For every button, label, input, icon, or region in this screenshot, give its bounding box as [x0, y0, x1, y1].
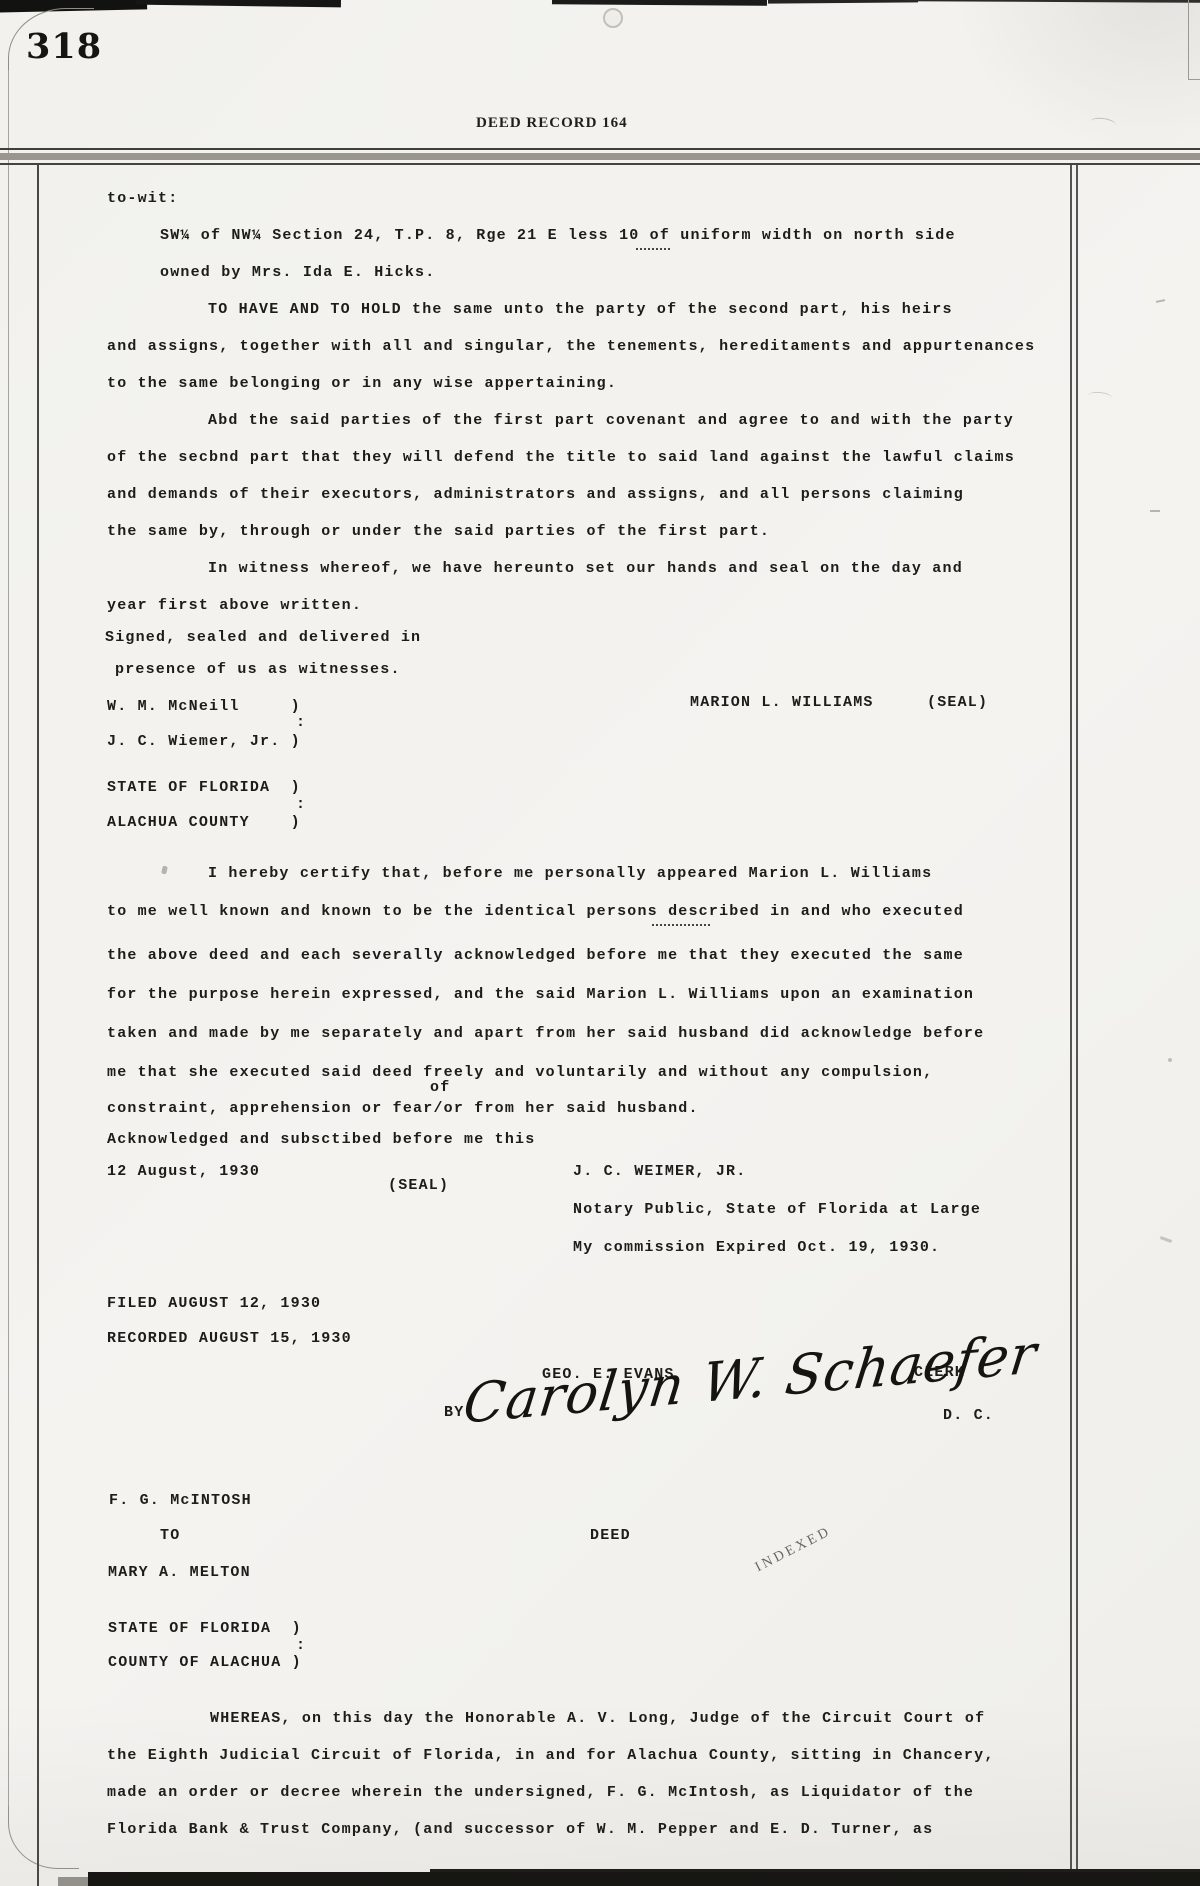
- deed-text-line: owned by Mrs. Ida E. Hicks.: [160, 264, 435, 281]
- deed-text-line: to-wit:: [107, 190, 178, 207]
- ack-text-line: to me well known and known to be the ide…: [107, 903, 964, 920]
- scan-artifact: [58, 1877, 88, 1886]
- notary-seal-label: (SEAL): [388, 1177, 449, 1194]
- deed-text-line: the Eighth Judicial Circuit of Florida, …: [107, 1747, 995, 1764]
- scan-artifact: [136, 0, 341, 7]
- page-corner-curve: [8, 1806, 79, 1869]
- deed2-grantor: F. G. McINTOSH: [109, 1492, 252, 1509]
- scan-artifact: [88, 1872, 1200, 1886]
- page-header-title: DEED RECORD 164: [476, 115, 628, 132]
- left-margin-rule: [37, 165, 39, 1886]
- notary-title: Notary Public, State of Florida at Large: [573, 1201, 981, 1218]
- scan-artifact: [768, 0, 918, 4]
- venue-county: COUNTY OF ALACHUA ): [108, 1654, 302, 1671]
- deed-text-line: of the secbnd part that they will defend…: [107, 449, 1015, 466]
- right-margin-rule: [1070, 165, 1072, 1886]
- strike-dots: [636, 246, 670, 250]
- deed-text-line: In witness whereof, we have hereunto set…: [208, 560, 963, 577]
- notary-commission: My commission Expired Oct. 19, 1930.: [573, 1239, 940, 1256]
- deputy-clerk-label: D. C.: [943, 1407, 994, 1424]
- deed-text-line: TO HAVE AND TO HOLD the same unto the pa…: [208, 301, 953, 318]
- deed-text-line: and assigns, together with all and singu…: [107, 338, 1035, 355]
- brace-colon: :: [296, 714, 306, 731]
- page-edge-line: [1188, 79, 1200, 80]
- indexed-stamp: INDEXED: [753, 1524, 834, 1576]
- recorded-date: RECORDED AUGUST 15, 1930: [107, 1330, 352, 1347]
- filed-date: FILED AUGUST 12, 1930: [107, 1295, 321, 1312]
- deed2-to-label: TO: [160, 1527, 180, 1544]
- right-margin-rule: [1076, 165, 1078, 1886]
- grantor-signature: MARION L. WILLIAMS: [690, 694, 874, 711]
- ack-text-line: the above deed and each severally acknow…: [107, 947, 964, 964]
- ack-text-line: I hereby certify that, before me persona…: [208, 865, 932, 882]
- venue-state: STATE OF FLORIDA ): [107, 779, 301, 796]
- deed-text-line: WHEREAS, on this day the Honorable A. V.…: [210, 1710, 985, 1727]
- page-edge-line: [1188, 0, 1189, 80]
- margin-mark: [1150, 510, 1160, 512]
- deed-text-line: the same by, through or under the said p…: [107, 523, 770, 540]
- notary-name: J. C. WEIMER, JR.: [573, 1163, 746, 1180]
- ack-text-line: taken and made by me separately and apar…: [107, 1025, 984, 1042]
- ink-speck: [161, 866, 168, 875]
- inserted-word: of: [430, 1079, 450, 1096]
- hole-punch: [603, 8, 623, 28]
- deed-text-line: Abd the said parties of the first part c…: [208, 412, 1014, 429]
- deed-text-line: to the same belonging or in any wise app…: [107, 375, 617, 392]
- margin-mark: [1156, 299, 1165, 303]
- ack-date: 12 August, 1930: [107, 1163, 260, 1180]
- deed-text-line: SW¼ of NW¼ Section 24, T.P. 8, Rge 21 E …: [160, 227, 956, 244]
- grantor-seal-label: (SEAL): [927, 694, 988, 711]
- deed-text-line: Signed, sealed and delivered in: [105, 629, 421, 646]
- header-rule-band: [0, 153, 1200, 160]
- ack-text-line: for the purpose herein expressed, and th…: [107, 986, 974, 1003]
- deed-text-line: presence of us as witnesses.: [115, 661, 401, 678]
- margin-mark: [1168, 1058, 1172, 1062]
- page-edge-line: [8, 70, 9, 1812]
- deed-record-page: 318 DEED RECORD 164 to-wit: SW¼ of NW¼ S…: [0, 0, 1200, 1886]
- ack-text-line: me that she executed said deed freely an…: [107, 1064, 933, 1081]
- deed-text-line: made an order or decree wherein the unde…: [107, 1784, 974, 1801]
- ack-text-line: constraint, apprehension or fear/or from…: [107, 1100, 699, 1117]
- scan-artifact: [552, 0, 767, 6]
- venue-county: ALACHUA COUNTY ): [107, 814, 301, 831]
- scan-artifact: [905, 0, 1200, 3]
- brace-colon: :: [296, 796, 306, 813]
- deed2-grantee: MARY A. MELTON: [108, 1564, 251, 1581]
- deed-text-line: Florida Bank & Trust Company, (and succe…: [107, 1821, 933, 1838]
- witness-name: W. M. McNeill ): [107, 698, 301, 715]
- margin-mark: [1160, 1236, 1172, 1243]
- header-rule-top: [0, 148, 1200, 150]
- scan-shading: [950, 0, 1200, 160]
- margin-mark: [1088, 391, 1113, 403]
- deed2-instrument-label: DEED: [590, 1527, 631, 1544]
- strike-dots: [652, 922, 710, 926]
- deed-text-line: and demands of their executors, administ…: [107, 486, 964, 503]
- venue-state: STATE OF FLORIDA ): [108, 1620, 302, 1637]
- ack-text-line: Acknowledged and subsctibed before me th…: [107, 1131, 535, 1148]
- page-number: 318: [26, 26, 102, 67]
- margin-mark: [1089, 116, 1116, 131]
- brace-colon: :: [296, 1637, 306, 1654]
- deed-text-line: year first above written.: [107, 597, 362, 614]
- header-rule-bottom: [0, 163, 1200, 165]
- witness-name: J. C. Wiemer, Jr. ): [107, 733, 301, 750]
